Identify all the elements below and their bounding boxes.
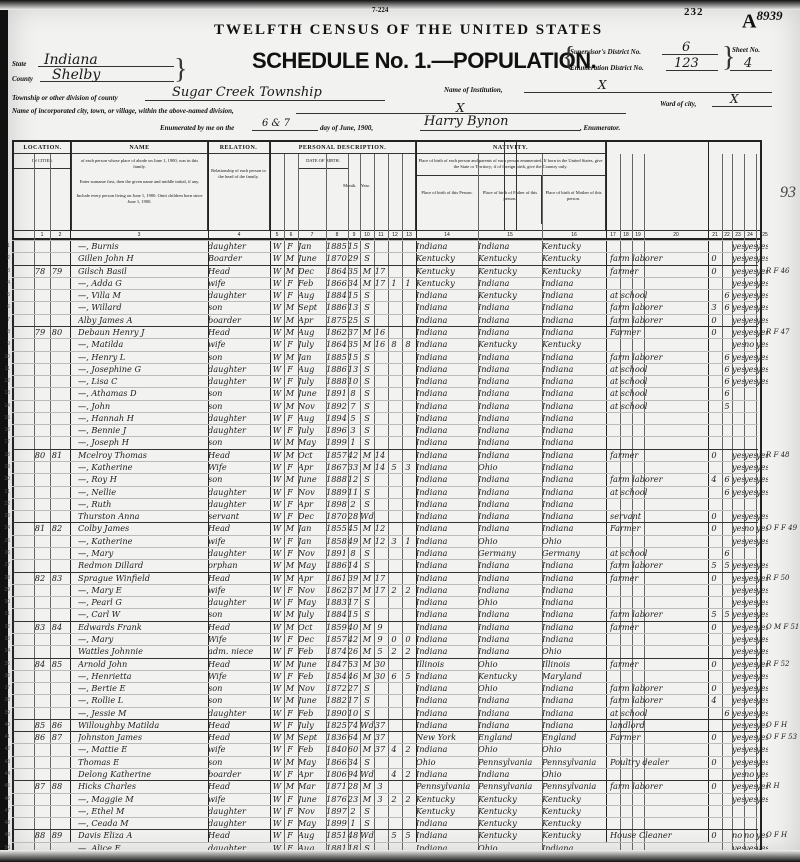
census-title: TWELFTH CENSUS OF THE UNITED STATES <box>214 22 603 39</box>
cell-color: W <box>271 621 283 633</box>
cell-occupation: at school <box>610 387 708 399</box>
cell-sex: F <box>284 670 296 682</box>
cell-occupation: at school <box>610 707 708 719</box>
table-row: Thurston AnnaservantWFDec187028WdIndiana… <box>12 510 758 522</box>
cell-mother-birth: Indiana <box>542 707 604 719</box>
cell-months-unemployed: 3 <box>708 301 720 313</box>
cell-color: W <box>271 670 283 682</box>
cell-color: W <box>271 793 283 805</box>
cell-birth: Indiana <box>416 547 476 559</box>
cell-marital: S <box>360 289 374 301</box>
cell-living: 2 <box>402 793 414 805</box>
cell-age: 28 <box>347 780 359 792</box>
cell-yrs-married: 17 <box>374 572 386 584</box>
cell-father-birth: Indiana <box>478 645 540 657</box>
cell-month: Apr <box>298 572 326 584</box>
cell-month: June <box>298 252 326 264</box>
supervisor-value: 6 <box>682 40 690 55</box>
cell-mother-birth: Indiana <box>542 473 604 485</box>
cell-marital: S <box>360 547 374 559</box>
cell-marital: M <box>360 633 374 645</box>
cell-year: 1862 <box>326 584 348 596</box>
cell-birth: Indiana <box>416 289 476 301</box>
cell-sex: M <box>284 436 296 448</box>
cell-english: yes <box>756 351 768 363</box>
cell-name: —, Matilda <box>78 338 206 350</box>
cell-sex: F <box>284 363 296 375</box>
cell-color: W <box>271 449 283 461</box>
cell-write: yes <box>744 608 756 620</box>
cell-relation: Head <box>208 265 268 277</box>
table-row: 8081Mcelroy ThomasHeadWMOct185742M14Indi… <box>12 449 758 461</box>
line-number: 14 <box>0 400 10 412</box>
cell-year: 1857 <box>326 449 348 461</box>
cell-occupation: farm laborer <box>610 694 708 706</box>
cell-year: 1836 <box>326 731 348 743</box>
cell-father-birth: Indiana <box>478 694 540 706</box>
cell-relation: daughter <box>208 412 268 424</box>
cell-occupation: servant <box>610 510 708 522</box>
cell-father-birth: Indiana <box>478 375 540 387</box>
cell-year: 1898 <box>326 498 348 510</box>
cell-name: —, Burnis <box>78 240 206 252</box>
cell-read: yes <box>732 793 744 805</box>
cell-relation: Head <box>208 522 268 534</box>
cell-months-unemployed: 0 <box>708 314 720 326</box>
cell-month: Apr <box>298 498 326 510</box>
cell-occupation: at school <box>610 486 708 498</box>
cell-months-unemployed: 0 <box>708 449 720 461</box>
cell-name: Arnold John <box>78 658 206 670</box>
cell-yrs-married: 3 <box>374 780 386 792</box>
cell-yrs-married: 17 <box>374 265 386 277</box>
cell-age: 15 <box>347 608 359 620</box>
cell-marital: S <box>360 694 374 706</box>
cell-age: 27 <box>347 682 359 694</box>
cell-sex: M <box>284 682 296 694</box>
table-row: —, NelliedaughterWFNov188911SIndianaIndi… <box>12 486 758 498</box>
cell-yrs-married: 5 <box>374 645 386 657</box>
cell-year: 1875 <box>326 314 348 326</box>
cell-name: —, Lisa C <box>78 375 206 387</box>
cell-family: 83 <box>49 572 65 584</box>
cell-sex: M <box>284 522 296 534</box>
column-number: 3 <box>70 232 208 238</box>
cell-read: yes <box>732 338 744 350</box>
table-row: —, Henry LsonWMJan188515SIndianaIndianaI… <box>12 351 758 363</box>
cell-read: yes <box>732 522 744 534</box>
cell-month: June <box>298 473 326 485</box>
cell-mother-birth: Indiana <box>542 387 604 399</box>
cell-mother-birth: Indiana <box>542 400 604 412</box>
cell-sex: F <box>284 277 296 289</box>
cell-yrs-married: 30 <box>374 670 386 682</box>
cell-months-unemployed: 0 <box>708 621 720 633</box>
cell-color: W <box>271 572 283 584</box>
cell-year: 1899 <box>326 817 348 829</box>
cell-mother-birth: Indiana <box>542 449 604 461</box>
cell-english: yes <box>756 510 768 522</box>
cell-write: yes <box>744 486 756 498</box>
cell-relation: daughter <box>208 289 268 301</box>
cell-year: 1825 <box>326 719 348 731</box>
cell-marital: M <box>360 645 374 657</box>
cell-ownership: R F 50 <box>766 572 800 584</box>
cell-name: —, Ceada M <box>78 817 206 829</box>
cell-age: 64 <box>347 731 359 743</box>
cell-year: 1858 <box>326 535 348 547</box>
cell-birth: Indiana <box>416 633 476 645</box>
state-value: Indiana <box>44 52 98 68</box>
cell-color: W <box>271 768 283 780</box>
cell-birth: Indiana <box>416 314 476 326</box>
cell-mother-birth: Indiana <box>542 289 604 301</box>
cell-english: yes <box>756 707 768 719</box>
cell-marital: M <box>360 780 374 792</box>
line-number: 35 <box>0 658 10 670</box>
cell-color: W <box>271 584 283 596</box>
cell-month: Jan <box>298 351 326 363</box>
enumeration-label: Enumeration District No. <box>570 64 644 72</box>
column-number: 18 <box>620 232 632 238</box>
cell-birth: Indiana <box>416 707 476 719</box>
cell-children: 4 <box>388 768 400 780</box>
cell-color: W <box>271 535 283 547</box>
cell-ownership: R F 46 <box>766 265 800 277</box>
cell-color: W <box>271 289 283 301</box>
cell-birth: Pennsylvania <box>416 780 476 792</box>
cell-english: yes <box>756 375 768 387</box>
cell-birth: Indiana <box>416 363 476 375</box>
cell-ownership: O F H <box>766 719 800 731</box>
cell-sex: F <box>284 535 296 547</box>
cell-mother-birth: Indiana <box>542 486 604 498</box>
cell-read: no <box>732 829 744 841</box>
cell-color: W <box>271 731 283 743</box>
cell-father-birth: Kentucky <box>478 793 540 805</box>
cell-occupation: at school <box>610 547 708 559</box>
table-row: —, Lisa CdaughterWFJuly188810SIndianaInd… <box>12 375 758 387</box>
cell-name: Willoughby Matilda <box>78 719 206 731</box>
table-row: 8788Hicks CharlesHeadWMMar187128M3Pennsy… <box>12 780 758 792</box>
cell-name: —, Nellie <box>78 486 206 498</box>
cell-relation: daughter <box>208 375 268 387</box>
cell-write: yes <box>744 301 756 313</box>
cell-relation: son <box>208 608 268 620</box>
cell-year: 1884 <box>326 289 348 301</box>
line-number: 44 <box>0 768 10 780</box>
cell-age: 25 <box>347 314 359 326</box>
cell-relation: son <box>208 400 268 412</box>
scan-edge-bottom <box>0 850 800 862</box>
line-number: 10 <box>0 351 10 363</box>
cell-english: yes <box>756 473 768 485</box>
cell-months-unemployed: 0 <box>708 731 720 743</box>
cell-name: —, Bertie E <box>78 682 206 694</box>
line-number: 45 <box>0 780 10 792</box>
cell-yrs-married: 16 <box>374 338 386 350</box>
cell-name: Wattles Johnnie <box>78 645 206 657</box>
cell-year: 1882 <box>326 694 348 706</box>
township-label: Township or other division of county <box>12 94 118 102</box>
column-number: 19 <box>632 232 644 238</box>
cell-school: 6 <box>722 351 732 363</box>
cell-month: Feb <box>298 670 326 682</box>
line-number: 22 <box>0 498 10 510</box>
table-row: —, Mary EwifeWFNov186237M1722IndianaIndi… <box>12 584 758 596</box>
cell-school: 6 <box>722 707 732 719</box>
cell-write: yes <box>744 780 756 792</box>
cell-father-birth: Kentucky <box>478 265 540 277</box>
cell-month: Nov <box>298 400 326 412</box>
table-row: 8384Edwards FrankHeadWMOct185940M9Indian… <box>12 621 758 633</box>
cell-english: yes <box>756 338 768 350</box>
line-number: 21 <box>0 486 10 498</box>
cell-write: yes <box>744 572 756 584</box>
cell-father-birth: Kentucky <box>478 829 540 841</box>
cell-write: yes <box>744 535 756 547</box>
cell-sex: M <box>284 621 296 633</box>
cell-name: Thurston Anna <box>78 510 206 522</box>
cell-sex: M <box>284 731 296 743</box>
cell-name: —, Mattie E <box>78 743 206 755</box>
cell-marital: S <box>360 756 374 768</box>
cell-age: 7 <box>347 400 359 412</box>
cell-marital: S <box>360 473 374 485</box>
table-row: —, MatildawifeWFJuly186435M1688IndianaKe… <box>12 338 758 350</box>
cell-year: 1871 <box>326 780 348 792</box>
cell-occupation: Farmer <box>610 326 708 338</box>
cell-age: 26 <box>347 645 359 657</box>
supervisor-label: Supervisor's District No. <box>570 48 641 56</box>
cell-father-birth: Indiana <box>478 608 540 620</box>
cell-month: July <box>298 375 326 387</box>
cell-yrs-married: 17 <box>374 584 386 596</box>
cell-sex: F <box>284 805 296 817</box>
cell-write: yes <box>744 682 756 694</box>
cell-name: —, Carl W <box>78 608 206 620</box>
table-row: 7879Gilsch BasilHeadWMDec186435M17Kentuc… <box>12 265 758 277</box>
cell-mother-birth: Indiana <box>542 633 604 645</box>
cell-color: W <box>271 400 283 412</box>
cell-ownership: R H <box>766 780 800 792</box>
cell-year: 1890 <box>326 707 348 719</box>
cell-birth: Indiana <box>416 682 476 694</box>
cell-month: Feb <box>298 707 326 719</box>
cell-relation: Wife <box>208 461 268 473</box>
cell-relation: daughter <box>208 596 268 608</box>
cell-sex: F <box>284 719 296 731</box>
cell-school: 5 <box>722 559 732 571</box>
city-label: Name of incorporated city, town, or vill… <box>12 107 234 115</box>
cell-age: 13 <box>347 363 359 375</box>
cell-year: 1855 <box>326 522 348 534</box>
cell-english: yes <box>756 559 768 571</box>
cell-age: 23 <box>347 793 359 805</box>
cell-write: yes <box>744 473 756 485</box>
cell-age: 8 <box>347 387 359 399</box>
cell-month: May <box>298 756 326 768</box>
cell-color: W <box>271 596 283 608</box>
cell-year: 1896 <box>326 424 348 436</box>
table-row: —, Hannah HdaughterWFAug18945SIndianaInd… <box>12 412 758 424</box>
cell-marital: M <box>360 743 374 755</box>
cell-sex: M <box>284 252 296 264</box>
cell-birth: Kentucky <box>416 793 476 805</box>
cell-age: 15 <box>347 351 359 363</box>
cell-marital: S <box>360 805 374 817</box>
cell-year: 1886 <box>326 363 348 375</box>
cell-color: W <box>271 326 283 338</box>
city-value: X <box>456 101 465 115</box>
cell-school: 6 <box>722 375 732 387</box>
cell-name: Delong Katherine <box>78 768 206 780</box>
cell-mother-birth: Maryland <box>542 670 604 682</box>
cell-year: 1864 <box>326 338 348 350</box>
cell-sex: F <box>284 645 296 657</box>
cell-year: 1883 <box>326 596 348 608</box>
cell-relation: Head <box>208 658 268 670</box>
cell-marital: S <box>360 682 374 694</box>
line-number: 42 <box>0 743 10 755</box>
cell-color: W <box>271 633 283 645</box>
cell-month: Feb <box>298 277 326 289</box>
cell-year: 1872 <box>326 682 348 694</box>
cell-age: 1 <box>347 436 359 448</box>
cell-yrs-married: 12 <box>374 522 386 534</box>
cell-ownership: O F F 49 <box>766 522 800 534</box>
cell-month: Dec <box>298 265 326 277</box>
cell-year: 1888 <box>326 375 348 387</box>
cell-age: 3 <box>347 424 359 436</box>
cell-mother-birth: Indiana <box>542 559 604 571</box>
cell-family: 84 <box>49 621 65 633</box>
cell-mother-birth: Indiana <box>542 608 604 620</box>
cell-write: yes <box>744 314 756 326</box>
cell-marital: M <box>360 277 374 289</box>
cell-mother-birth: Indiana <box>542 498 604 510</box>
column-number: 17 <box>606 232 620 238</box>
table-row: Thomas EsonWMMay186634SOhioPennsylvaniaP… <box>12 756 758 768</box>
cell-sex: M <box>284 756 296 768</box>
enumerated-line <box>252 130 318 131</box>
cell-relation: son <box>208 301 268 313</box>
cell-mother-birth: Ohio <box>542 768 604 780</box>
cell-children: 8 <box>388 338 400 350</box>
cell-read: yes <box>732 486 744 498</box>
table-row: 8586Willoughby MatildaHeadWFJuly182574Wd… <box>12 719 758 731</box>
cell-write: yes <box>744 584 756 596</box>
cell-relation: wife <box>208 535 268 547</box>
cell-relation: wife <box>208 277 268 289</box>
cell-read: yes <box>732 252 744 264</box>
table-row: —, Ethel MdaughterWFNov18972SKentuckyKen… <box>12 805 758 817</box>
cell-english: yes <box>756 301 768 313</box>
cell-occupation: farm laborer <box>610 351 708 363</box>
cell-write: yes <box>744 670 756 682</box>
cell-name: Redmon Dillard <box>78 559 206 571</box>
cell-family: 80 <box>49 326 65 338</box>
cell-month: Nov <box>298 805 326 817</box>
cell-yrs-married: 37 <box>374 743 386 755</box>
cell-write: yes <box>744 731 756 743</box>
table-row: —, Villa MdaughterWFAug188415SIndianaKen… <box>12 289 758 301</box>
cell-occupation: farmer <box>610 449 708 461</box>
cell-relation: Head <box>208 326 268 338</box>
cell-occupation: farmer <box>610 572 708 584</box>
cell-children: 6 <box>388 670 400 682</box>
cell-age: 2 <box>347 498 359 510</box>
cell-birth: Indiana <box>416 768 476 780</box>
column-number: 16 <box>542 232 606 238</box>
cell-read: yes <box>732 301 744 313</box>
archive-number: A8939 <box>742 8 782 34</box>
cell-name: —, Josephine G <box>78 363 206 375</box>
cell-birth: Indiana <box>416 387 476 399</box>
line-number: 11 <box>0 363 10 375</box>
cell-relation: son <box>208 436 268 448</box>
cell-english: yes <box>756 535 768 547</box>
cell-school: 6 <box>722 547 732 559</box>
cell-age: 29 <box>347 252 359 264</box>
cell-birth: Indiana <box>416 486 476 498</box>
cell-color: W <box>271 473 283 485</box>
cell-mother-birth: Indiana <box>542 461 604 473</box>
cell-write: yes <box>744 289 756 301</box>
cell-mother-birth: Indiana <box>542 363 604 375</box>
cell-occupation: farm laborer <box>610 314 708 326</box>
table-row: —, KatherineWifeWFApr186733M1453IndianaO… <box>12 461 758 473</box>
cell-name: Thomas E <box>78 756 206 768</box>
cell-month: June <box>298 793 326 805</box>
cell-read: yes <box>732 510 744 522</box>
cell-write: yes <box>744 633 756 645</box>
cell-birth: Indiana <box>416 436 476 448</box>
cell-english: yes <box>756 252 768 264</box>
cell-write: yes <box>744 240 756 252</box>
cell-living: 2 <box>402 584 414 596</box>
cell-read: yes <box>732 658 744 670</box>
cell-color: W <box>271 252 283 264</box>
cell-name: —, Mary <box>78 633 206 645</box>
column-number: 2 <box>50 232 70 238</box>
cell-month: Feb <box>298 645 326 657</box>
cell-school: 6 <box>722 473 732 485</box>
header-relation: RELATION. Relationship of each person to… <box>208 142 270 230</box>
line-number: 43 <box>0 756 10 768</box>
cell-name: —, Katherine <box>78 461 206 473</box>
line-number: 49 <box>0 829 10 841</box>
line-number: 25 <box>0 535 10 547</box>
cell-family: 85 <box>49 658 65 670</box>
scan-edge-top <box>0 0 800 10</box>
cell-father-birth: Indiana <box>478 719 540 731</box>
cell-dwelling: 85 <box>32 719 48 731</box>
cell-birth: Indiana <box>416 449 476 461</box>
cell-months-unemployed: 0 <box>708 780 720 792</box>
cell-color: W <box>271 436 283 448</box>
cell-birth: Indiana <box>416 301 476 313</box>
cell-name: Davis Eliza A <box>78 829 206 841</box>
cell-father-birth: Pennsylvania <box>478 780 540 792</box>
cell-sex: M <box>284 326 296 338</box>
page-stamp: 232 <box>684 6 704 18</box>
cell-dwelling: 81 <box>32 522 48 534</box>
cell-relation: daughter <box>208 424 268 436</box>
cell-name: —, Ruth <box>78 498 206 510</box>
table-row: —, Josephine GdaughterWFAug188613SIndian… <box>12 363 758 375</box>
cell-month: May <box>298 817 326 829</box>
